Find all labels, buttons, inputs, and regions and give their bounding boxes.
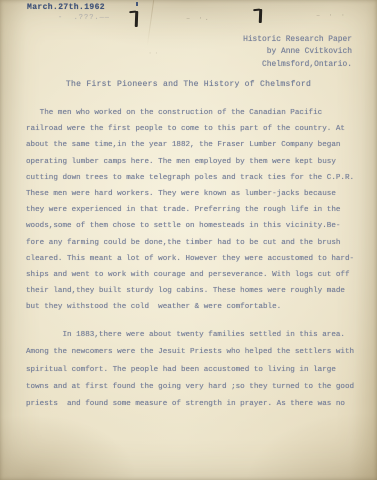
header-line-author: by Anne Cvitkovich — [243, 46, 352, 58]
ink-mark-left — [135, 11, 139, 27]
header-line-paper-type: Historic Research Paper — [243, 34, 352, 46]
paragraph-2: In 1883,there were about twenty families… — [26, 327, 354, 413]
paragraph-1: The men who worked on the construction o… — [26, 105, 354, 316]
header-line-location: Chelmsford,Ontario. — [243, 59, 352, 71]
stray-typing: - .???.—— — [58, 14, 110, 22]
tick-mark — [136, 2, 138, 6]
smudge-right: – · · — [316, 12, 347, 20]
date-stamp: March.27th.1962 — [27, 3, 105, 12]
smudge-small: ·· — [148, 50, 160, 58]
paper-crease — [147, 0, 154, 46]
document-page: March.27th.1962 - .???.—— – ·. – · · ·· … — [0, 0, 377, 480]
header-block: Historic Research Paper by Anne Cvitkovi… — [243, 34, 352, 71]
smudge-left: – ·. — [186, 15, 211, 23]
ink-mark-right — [259, 9, 262, 23]
document-title: The First Pioneers and The History of Ch… — [0, 80, 377, 89]
